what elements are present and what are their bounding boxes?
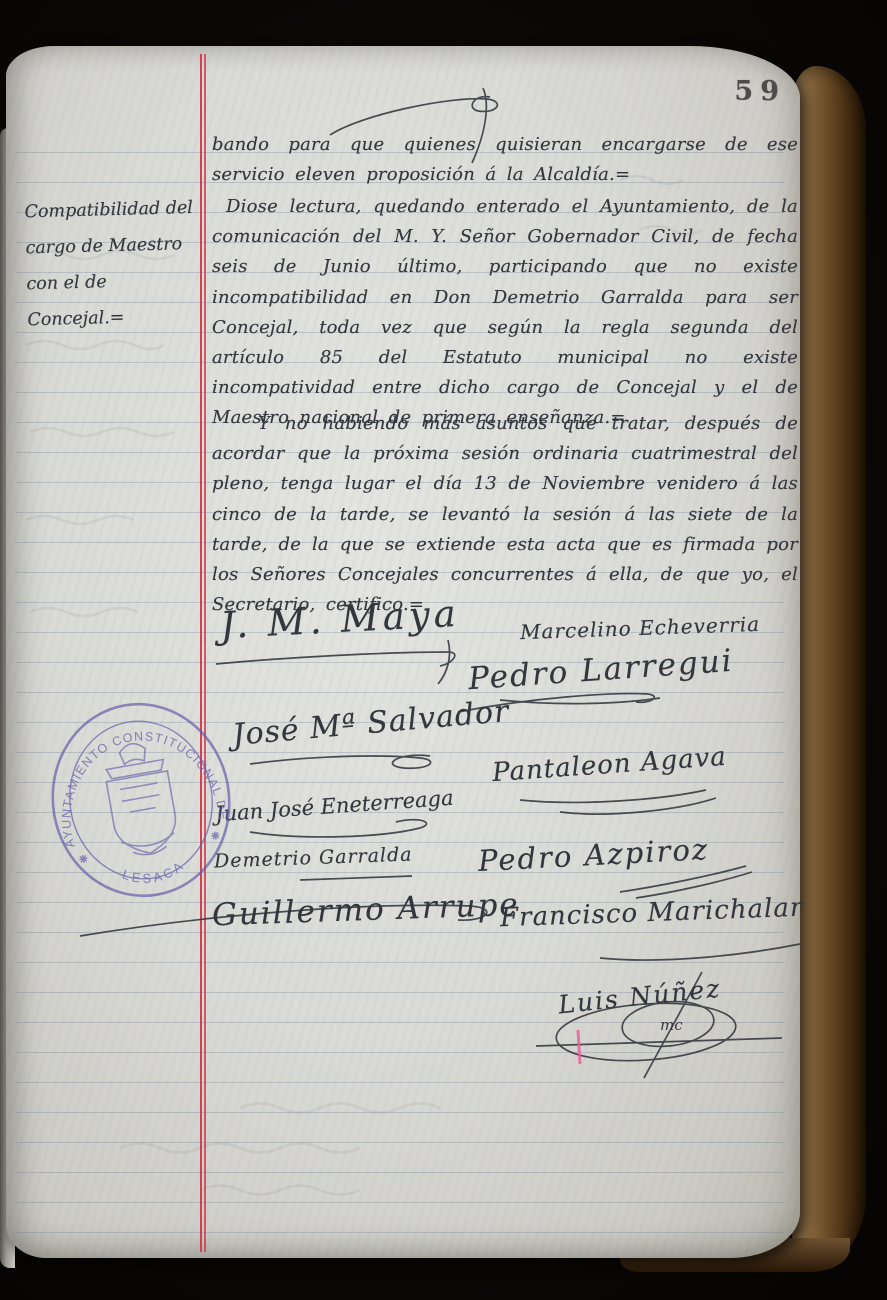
stamp-svg: AYUNTAMIENTO CONSTITUCIONAL DE LESACA <box>28 683 254 918</box>
page-number: 59 <box>706 76 786 107</box>
manuscript-page: 59 Compatibilidad del cargo de Maestro c… <box>6 46 800 1258</box>
stamp-coat-of-arms <box>101 738 182 859</box>
paragraph-bando: bando para que quienes quisieran encarga… <box>212 130 798 190</box>
svg-text:LESACA: LESACA <box>118 856 190 891</box>
book-scan-photo: { "page": { "number": "59", "margin_note… <box>0 0 887 1300</box>
book-page-edges <box>792 66 866 1268</box>
paragraph-cierre: Y no habiendo más asuntos que tratar, de… <box>212 409 798 620</box>
margin-note: Compatibilidad del cargo de Maestro con … <box>24 190 208 339</box>
paragraph-gobernador: Diose lectura, quedando enterado el Ayun… <box>212 192 798 434</box>
municipal-stamp: AYUNTAMIENTO CONSTITUCIONAL DE LESACA <box>28 683 254 918</box>
stamp-text-bottom: LESACA <box>118 856 190 891</box>
